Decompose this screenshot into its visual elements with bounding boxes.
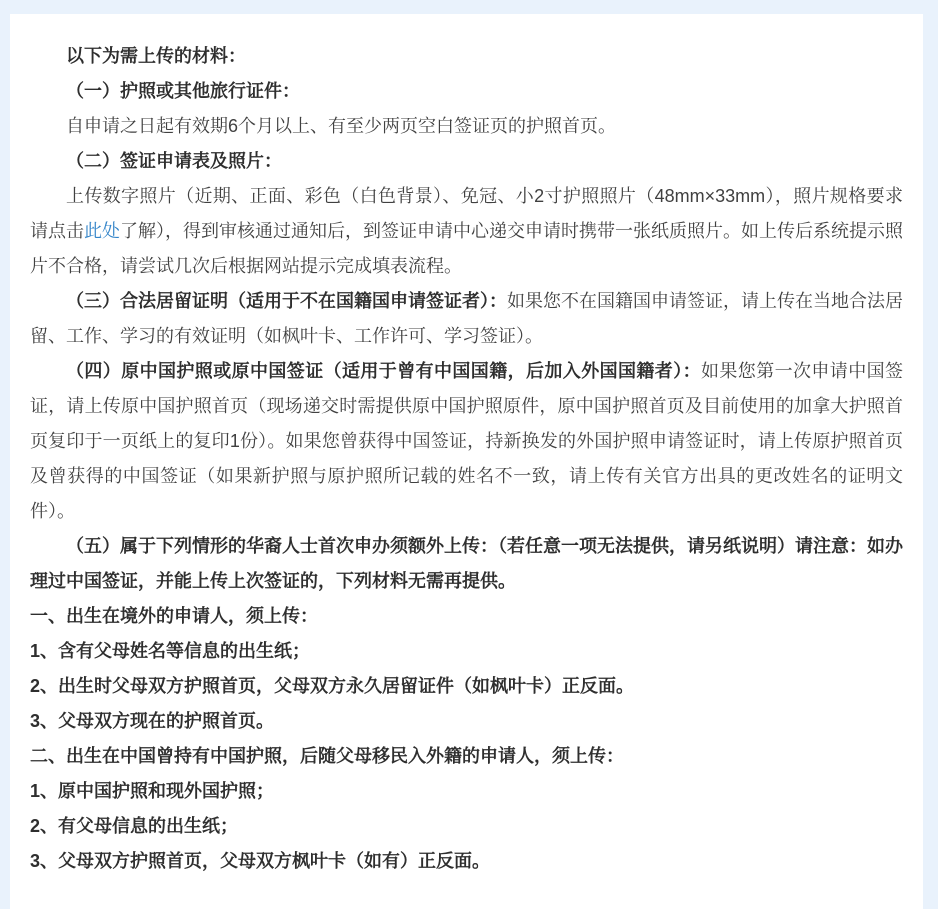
bold-text: 3、父母双方现在的护照首页。 [30, 711, 274, 731]
body-text: 如果您第一次申请中国签证，请上传原中国护照首页（现场递交时需提供原中国护照原件，… [30, 361, 903, 521]
bold-text: （二）签证申请表及照片： [66, 151, 282, 171]
body-text: 了解），得到审核通过通知后，到签证申请中心递交申请时携带一张纸质照片。如上传后系… [30, 221, 903, 276]
intro-heading: 以下为需上传的材料： [30, 39, 903, 74]
case-2-item-3: 3、父母双方护照首页，父母双方枫叶卡（如有）正反面。 [30, 844, 903, 854]
bold-text: 2、出生时父母双方护照首页，父母双方永久居留证件（如枫叶卡）正反面。 [30, 676, 634, 696]
case-1-item-2: 2、出生时父母双方护照首页，父母双方永久居留证件（如枫叶卡）正反面。 [30, 669, 903, 704]
content-panel: 以下为需上传的材料：（一）护照或其他旅行证件：自申请之日起有效期6个月以上、有至… [10, 14, 923, 854]
section-2-heading: （二）签证申请表及照片： [30, 144, 903, 179]
bold-text: 1、含有父母姓名等信息的出生纸； [30, 641, 310, 661]
case-2-item-1: 1、原中国护照和现外国护照； [30, 774, 903, 809]
bold-text: 二、出生在中国曾持有中国护照，后随父母移民入外籍的申请人，须上传： [30, 746, 624, 766]
section-4: （四）原中国护照或原中国签证（适用于曾有中国国籍，后加入外国国籍者）：如果您第一… [30, 354, 903, 529]
bold-text: （一）护照或其他旅行证件： [66, 81, 300, 101]
document-content: 以下为需上传的材料：（一）护照或其他旅行证件：自申请之日起有效期6个月以上、有至… [10, 14, 923, 854]
case-1-item-1: 1、含有父母姓名等信息的出生纸； [30, 634, 903, 669]
here-link[interactable]: 此处 [84, 221, 120, 241]
bold-text: （五）属于下列情形的华裔人士首次申办须额外上传：（若任意一项无法提供，请另纸说明… [30, 536, 903, 591]
bold-text: （三）合法居留证明（适用于不在国籍国申请签证者）： [66, 291, 507, 311]
bold-text: 一、出生在境外的申请人，须上传： [30, 606, 318, 626]
section-3: （三）合法居留证明（适用于不在国籍国申请签证者）：如果您不在国籍国申请签证，请上… [30, 284, 903, 354]
body-text: 自申请之日起有效期6个月以上、有至少两页空白签证页的护照首页。 [66, 116, 616, 136]
section-2-body: 上传数字照片（近期、正面、彩色（白色背景）、免冠、小2寸护照照片（48mm×33… [30, 179, 903, 284]
bold-text: 2、有父母信息的出生纸； [30, 816, 238, 836]
section-1-heading: （一）护照或其他旅行证件： [30, 74, 903, 109]
bold-text: 以下为需上传的材料： [66, 46, 246, 66]
bold-text: 1、原中国护照和现外国护照； [30, 781, 274, 801]
case-1-heading: 一、出生在境外的申请人，须上传： [30, 599, 903, 634]
case-1-item-3: 3、父母双方现在的护照首页。 [30, 704, 903, 739]
bold-text: （四）原中国护照或原中国签证（适用于曾有中国国籍，后加入外国国籍者）： [66, 361, 701, 381]
section-5: （五）属于下列情形的华裔人士首次申办须额外上传：（若任意一项无法提供，请另纸说明… [30, 529, 903, 599]
case-2-heading: 二、出生在中国曾持有中国护照，后随父母移民入外籍的申请人，须上传： [30, 739, 903, 774]
case-2-item-2: 2、有父母信息的出生纸； [30, 809, 903, 844]
section-1-body: 自申请之日起有效期6个月以上、有至少两页空白签证页的护照首页。 [30, 109, 903, 144]
